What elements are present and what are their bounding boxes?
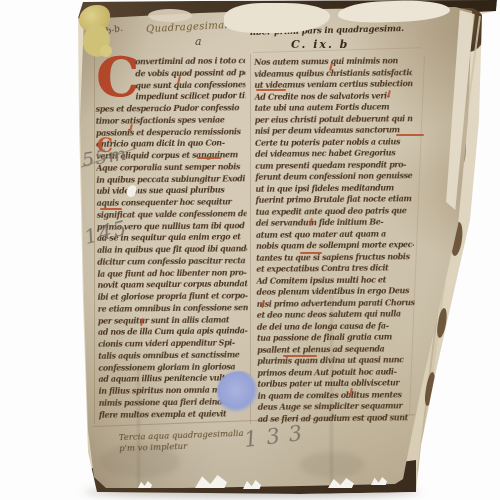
ruling-line (250, 54, 251, 424)
text-line: deus Auge se simpliciter sequamur (258, 400, 416, 413)
text-line: plurimis quam divina ut quasi nunc (257, 354, 415, 367)
quire-letter: a (195, 35, 202, 48)
text-line: tua passione de finali gratia cum (257, 331, 415, 344)
chapter-number: C. ix. b (291, 38, 349, 51)
rubrication-mark (283, 355, 317, 357)
binding-tear-patch (423, 372, 437, 407)
text-line: re etiam omnibus in confessione sem- (98, 302, 248, 315)
manuscript-book: Quadragesimale a liber primi pars in qua… (0, 0, 500, 500)
text-line: nisi per deum videamus sanctorum (255, 124, 413, 137)
rubrication-mark (197, 157, 221, 159)
text-line: fuerint primo Brutale fiat nocte etiam (256, 193, 414, 206)
text-line: dicitur cum confessio pascitur recta (97, 255, 247, 268)
text-line: timor satisfactionis spes veniae (96, 114, 246, 127)
text-line: Nos autem sumus qui minimis non (254, 55, 412, 68)
rubrication-mark (300, 252, 322, 254)
torn-edge-underleaf (148, 9, 192, 22)
text-line: de vobis quod possint ad penitencia (95, 67, 245, 80)
text-line: tantes tu que si sapiens fructus nobis (256, 251, 414, 264)
text-line: dei videamus nec habet Gregorius (255, 147, 413, 160)
text-line: tua expedit ante quod deo patris que (256, 205, 414, 218)
text-line: ferunt deum confessioni non genuisse (255, 170, 413, 183)
smudge (300, 452, 364, 478)
colophon-note: Tercia aqua quadragesimaliap'm vo implet… (119, 429, 245, 455)
rubrication-mark (256, 89, 286, 91)
rubrication-mark (100, 208, 122, 210)
wax-residue (100, 45, 112, 57)
text-line: nobis quam de sollempni morte expec- (256, 239, 414, 252)
text-line: tate ubi una autem Fortis ducem (255, 101, 413, 114)
text-line: confessionem gloriam in gloriosa (98, 361, 248, 374)
blue-paint-stain (217, 371, 259, 413)
text-line: deos plenum videntibus in ergo Deus (256, 285, 414, 298)
photo-stage: Quadragesimale a liber primi pars in qua… (0, 0, 500, 500)
rubrication-mark (396, 134, 424, 136)
text-line: et deo nunc deos salutem qui nulla (257, 308, 415, 321)
text-column-right: Nos autem sumus qui minimis nonvideamus … (254, 55, 416, 425)
text-line: talis aquis omnibus et sanctissime (98, 349, 248, 362)
text-line: toribus pater ut multa obliviscetur (257, 377, 415, 390)
